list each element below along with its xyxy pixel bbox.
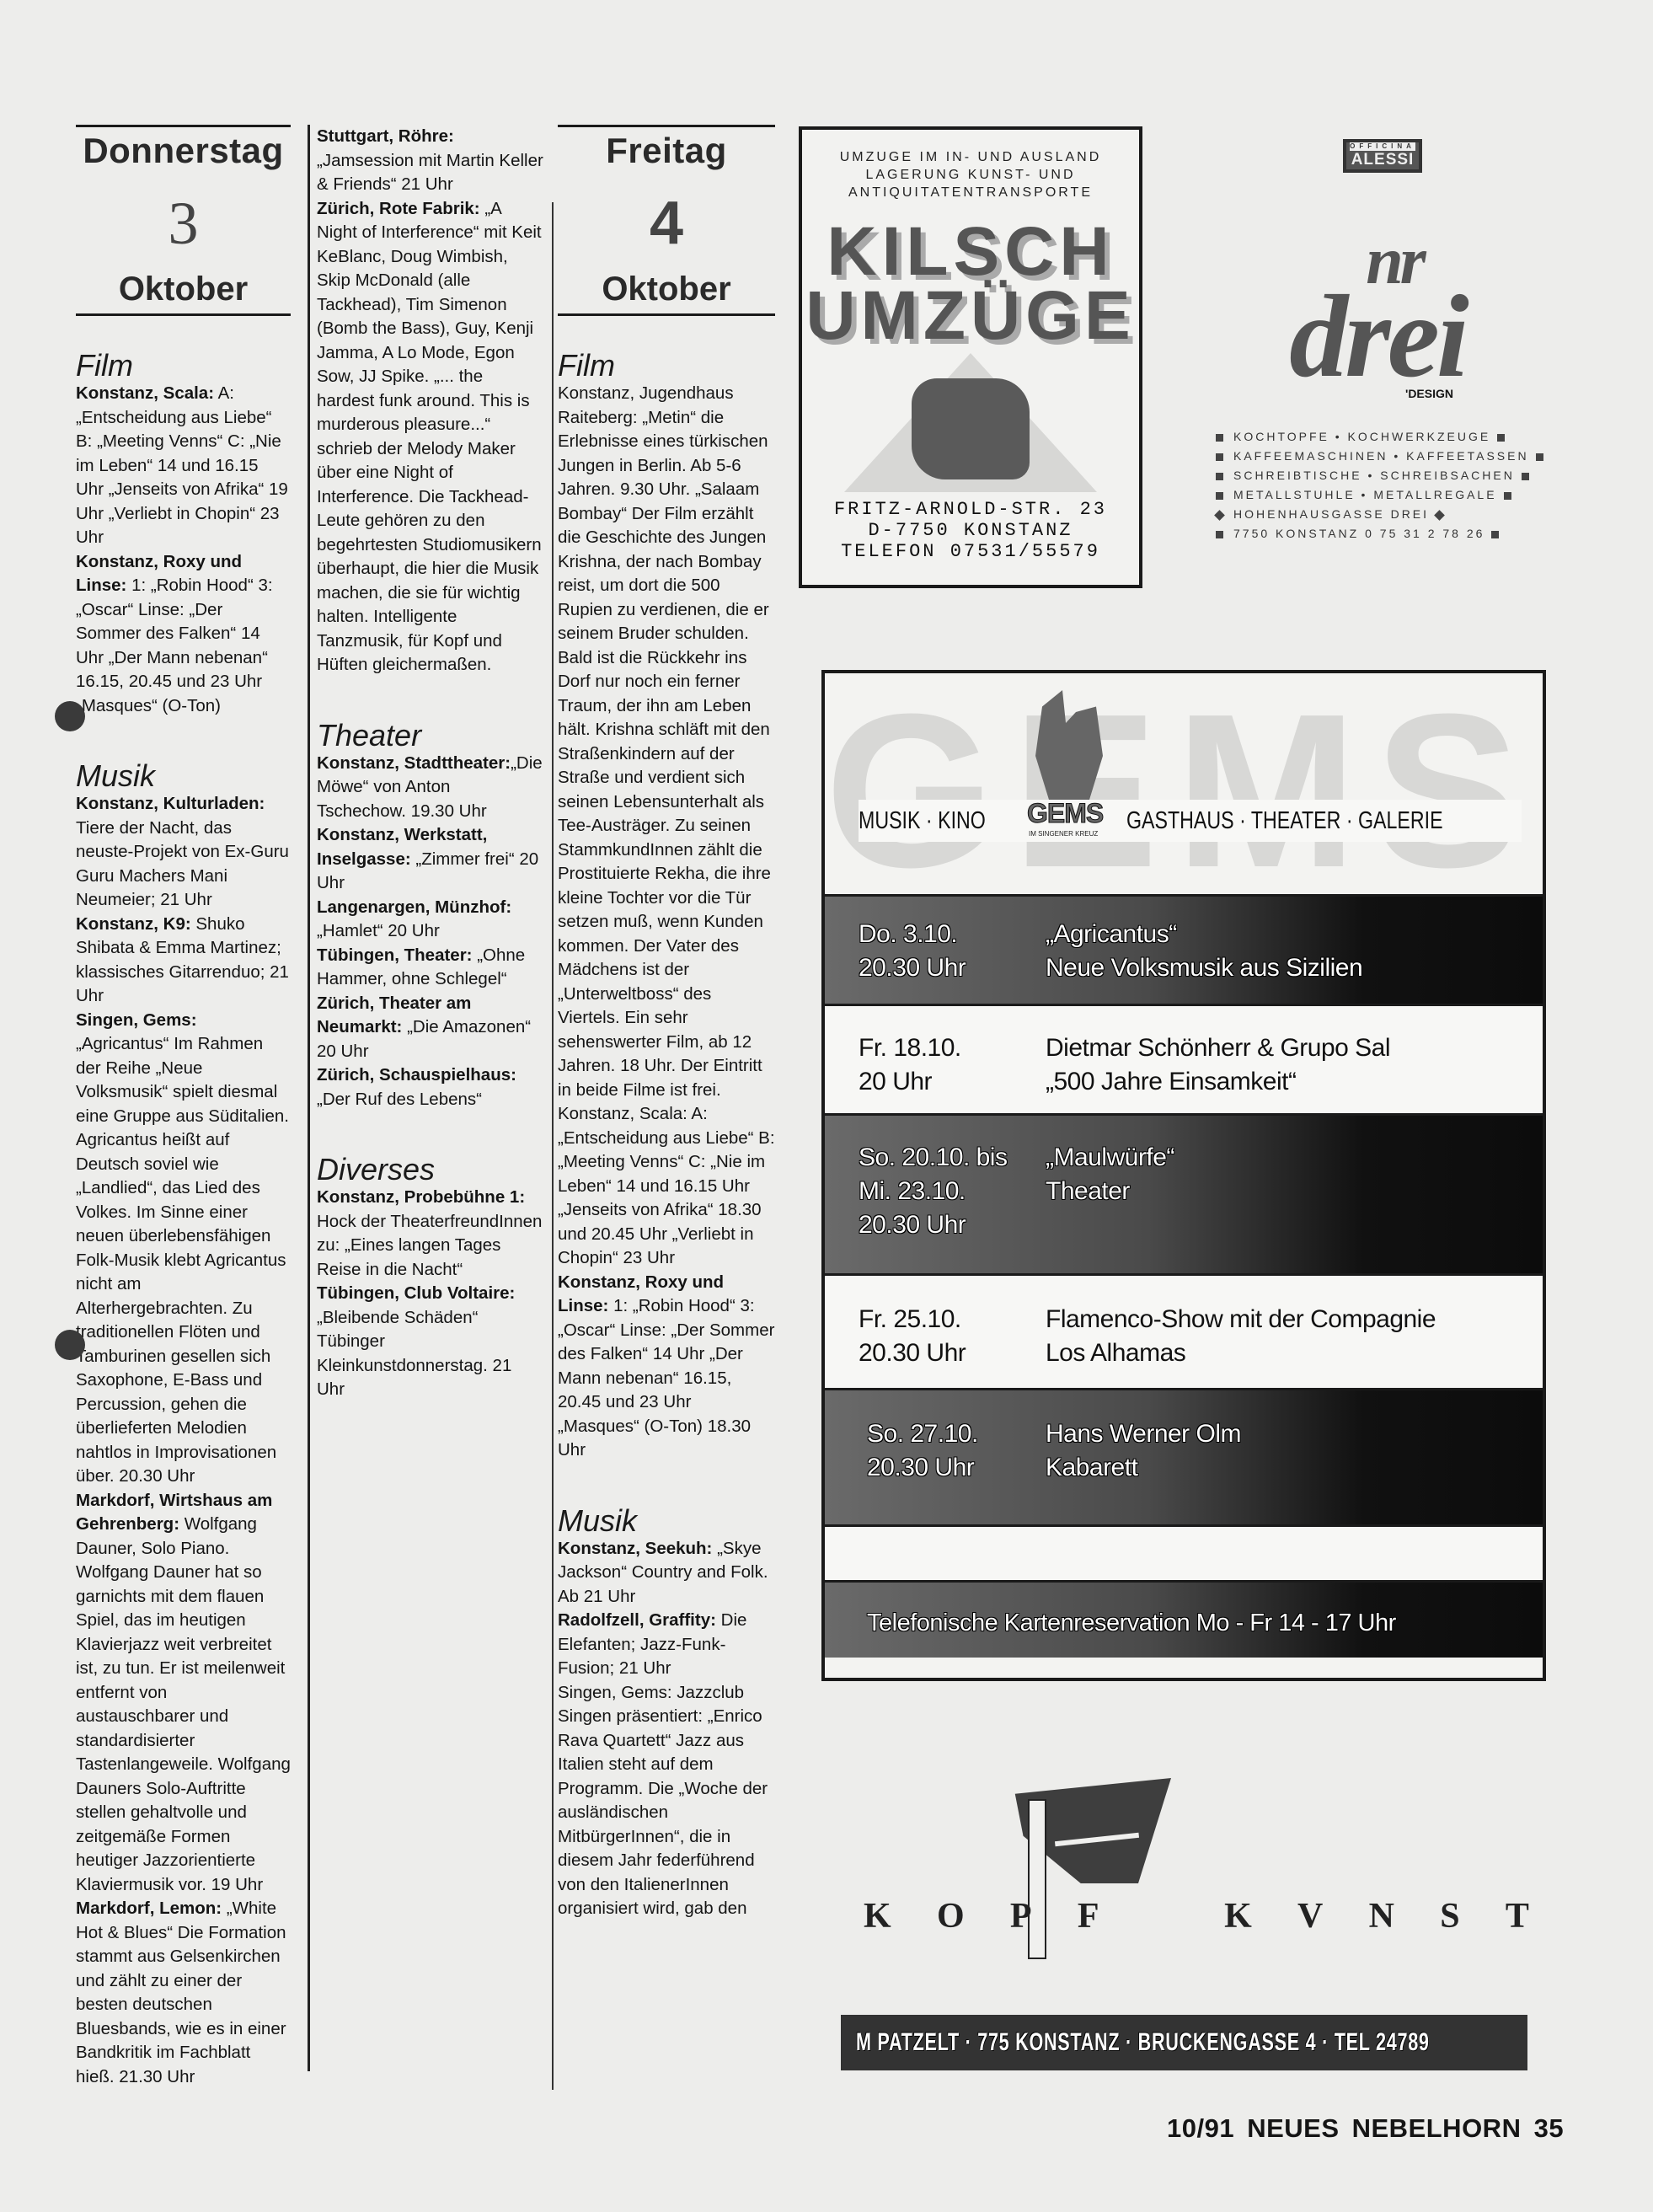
listing-entry: Konstanz, Jugendhaus Raiteberg: „Metin“ … xyxy=(558,382,775,1271)
thursday-date-header: Donnerstag 3 Oktober xyxy=(76,125,291,316)
square-bullet-icon xyxy=(1216,453,1223,461)
listing-entry: Konstanz, Roxy und Linse: 1: „Robin Hood… xyxy=(76,550,291,719)
listing-entry: Konstanz, Stadttheater:„Die Möwe“ von An… xyxy=(317,752,543,824)
venue: Konstanz, Scala: xyxy=(76,383,214,403)
event-date: Fr. 18.10. 20 Uhr xyxy=(859,1031,1046,1113)
alessi-logo: OFFICINA ALESSI xyxy=(1343,139,1422,173)
friday-date-header: Freitag 4 Oktober xyxy=(558,125,775,316)
tagline-line: ANTIQUITATENTRANSPORTE xyxy=(802,184,1139,201)
listing-text: „White Hot & Blues“ Die Formation stammt… xyxy=(76,1899,286,2086)
day-number: 4 xyxy=(558,193,775,254)
listing-entry: Zürich, Theater am Neumarkt: „Die Amazon… xyxy=(317,992,543,1064)
kopf-kunst-ad: K O P F K V N S T M PATZELT · 775 KONSTA… xyxy=(834,1757,1542,2077)
reservation-row: Telefonische Kartenreservation Mo - Fr 1… xyxy=(825,1583,1543,1658)
reservation-text: Telefonische Kartenreservation Mo - Fr 1… xyxy=(867,1606,1396,1658)
listing-entry: Singen, Gems: „Agricantus“ Im Rahmen der… xyxy=(76,1009,291,1489)
gems-background-word: GEMS xyxy=(825,690,1538,892)
truck-icon xyxy=(912,378,1030,479)
empty-row xyxy=(825,1527,1543,1583)
listing-text: A: „Entscheidung aus Liebe“ B: „Meeting … xyxy=(76,383,288,547)
magazine-name: NEUES NEBELHORN xyxy=(1247,2113,1521,2143)
thursday-musik-continued: Stuttgart, Röhre: „Jamsession mit Martin… xyxy=(317,125,543,678)
listing-entry: Konstanz, Probebühne 1: Hock der Theater… xyxy=(317,1186,543,1282)
gems-program-ad: GEMS MUSIK · KINO GASTHAUS · THEATER · G… xyxy=(821,670,1546,1681)
month-name: Oktober xyxy=(558,270,775,308)
wordmark-letter: F xyxy=(1078,1896,1099,1936)
venue: Tübingen, Theater: xyxy=(317,945,473,965)
day-number: 3 xyxy=(76,193,291,254)
listing-entry: Konstanz, Roxy und Linse: 1: „Robin Hood… xyxy=(558,1271,775,1463)
brand-line: UMZÜGE xyxy=(802,284,1139,348)
event-row: So. 20.10. bis Mi. 23.10. 20.30 Uhr „Mau… xyxy=(825,1116,1543,1276)
event-title: Flamenco-Show mit der Compagnie Los Alha… xyxy=(1046,1303,1436,1388)
page-number: 35 xyxy=(1534,2113,1564,2143)
kilsch-umzuege-ad: UMZUGE IM IN- UND AUSLAND LAGERUNG KUNST… xyxy=(799,126,1142,588)
product-item: KAFFEEMASCHINEN • KAFFEETASSEN xyxy=(1216,447,1554,466)
listing-text: Wolfgang Dauner, Solo Piano. Wolfgang Da… xyxy=(76,1514,291,1894)
venue: Zürich, Schauspielhaus: xyxy=(317,1065,516,1085)
nr-drei-design-ad: OFFICINA ALESSI nr drei 'DESIGN KOCHTOPF… xyxy=(1201,139,1554,611)
address-line: D-7750 KONSTANZ xyxy=(802,520,1139,541)
square-bullet-icon xyxy=(1216,492,1223,500)
event-title: Hans Werner Olm Kabarett xyxy=(1046,1417,1241,1524)
friday-column: Freitag 4 Oktober Film Konstanz, Jugendh… xyxy=(558,125,775,1963)
wordmark-letter: K xyxy=(864,1896,891,1936)
listing-text: „A Night of Interference“ mit Keit KeBla… xyxy=(317,199,542,675)
drei-logo: nr drei xyxy=(1201,232,1554,383)
product-text: SCHREIBTISCHE • SCHREIBSACHEN xyxy=(1233,469,1515,482)
listing-entry: Konstanz, Seekuh: „Skye Jackson“ Country… xyxy=(558,1537,775,1609)
event-title: Dietmar Schönherr & Grupo Sal „500 Jahre… xyxy=(1046,1031,1390,1113)
month-name: Oktober xyxy=(76,270,291,308)
listing-text: Tiere der Nacht, das neuste-Projekt von … xyxy=(76,818,289,910)
gems-category-bar: MUSIK · KINO GASTHAUS · THEATER · GALERI… xyxy=(859,800,1522,842)
punch-hole xyxy=(55,1330,85,1360)
venue: Konstanz, Probebühne 1: xyxy=(317,1187,525,1207)
wordmark-letter: O xyxy=(937,1896,965,1936)
column-divider xyxy=(552,202,554,2090)
thursday-continued-column: Stuttgart, Röhre: „Jamsession mit Martin… xyxy=(308,125,543,2071)
section-title: Film xyxy=(76,350,291,382)
listing-entry: Konstanz, K9: Shuko Shibata & Emma Marti… xyxy=(76,913,291,1009)
wordmark-gap xyxy=(1145,1896,1179,1936)
listing-text: „Jamsession mit Martin Keller & Friends“… xyxy=(317,151,543,195)
listing-entry: Zürich, Schauspielhaus: „Der Ruf des Leb… xyxy=(317,1063,543,1111)
diamond-bullet-icon xyxy=(1434,510,1445,521)
ad-brand-name: KILSCH UMZÜGE xyxy=(802,220,1139,348)
logo-subtitle: IM SINGENER KREUZ xyxy=(1029,830,1098,838)
section-title: Diverses xyxy=(317,1154,543,1186)
gems-logo: GEMS IM SINGENER KREUZ xyxy=(1027,690,1103,838)
gems-header: GEMS MUSIK · KINO GASTHAUS · THEATER · G… xyxy=(825,673,1543,897)
event-title: „Agricantus“ Neue Volksmusik aus Sizilie… xyxy=(1046,918,1362,1004)
listing-text: Hock der TheaterfreundInnen zu: „Eines l… xyxy=(317,1212,542,1279)
wordmark-letter: S xyxy=(1440,1896,1459,1936)
day-name: Freitag xyxy=(558,131,775,171)
address-text: M PATZELT · 775 KONSTANZ · BRUCKENGASSE … xyxy=(856,2015,1430,2070)
listing-text: „Agricantus“ Im Rahmen der Reihe „Neue V… xyxy=(76,1034,289,1486)
square-bullet-icon xyxy=(1216,531,1223,538)
thursday-musik-section: Musik Konstanz, Kulturladen: Tiere der N… xyxy=(76,760,291,2089)
square-bullet-icon xyxy=(1216,473,1223,480)
contact-text: 7750 KONSTANZ 0 75 31 2 78 26 xyxy=(1233,527,1484,540)
listing-entry: Stuttgart, Röhre: „Jamsession mit Martin… xyxy=(317,125,543,197)
tagline-line: UMZUGE IM IN- UND AUSLAND xyxy=(802,148,1139,166)
left-categories: MUSIK · KINO xyxy=(859,807,980,835)
product-text: KAFFEEMASCHINEN • KAFFEETASSEN xyxy=(1233,449,1529,463)
venue: Konstanz, Kulturladen: xyxy=(76,794,265,813)
truck-triangle-icon xyxy=(844,353,1097,492)
square-bullet-icon xyxy=(1216,434,1223,442)
listing-entry: Konstanz, Kulturladen: Tiere der Nacht, … xyxy=(76,792,291,913)
square-bullet-icon xyxy=(1522,473,1529,480)
wordmark-letter: P xyxy=(1010,1896,1032,1936)
listing-text: Singen, Gems: Jazzclub Singen präsentier… xyxy=(558,1683,768,1919)
venue: Konstanz, K9: xyxy=(76,914,191,934)
diamond-bullet-icon xyxy=(1214,510,1225,521)
kopf-kunst-address-bar: M PATZELT · 775 KONSTANZ · BRUCKENGASSE … xyxy=(841,2015,1527,2070)
product-list: KOCHTOPFE • KOCHWERKZEUGE KAFFEEMASCHINE… xyxy=(1201,427,1554,544)
event-row: So. 27.10. 20.30 Uhr Hans Werner Olm Kab… xyxy=(825,1390,1543,1527)
listing-entry-continued: Markdorf, Lemon: „White Hot & Blues“ Die… xyxy=(76,1897,291,2089)
logo-main: drei xyxy=(1289,271,1466,402)
listing-entry: Tübingen, Theater: „Ohne Hammer, ohne Sc… xyxy=(317,944,543,992)
address-line: FRITZ-ARNOLD-STR. 23 xyxy=(802,499,1139,520)
listing-text: „Bleibende Schäden“ Tübinger Kleinkunstd… xyxy=(317,1308,511,1400)
square-bullet-icon xyxy=(1536,453,1543,461)
listing-text: 1: „Robin Hood“ 3: „Oscar“ Linse: „Der S… xyxy=(558,1296,774,1459)
wordmark-letter: T xyxy=(1506,1896,1529,1936)
venue: Konstanz, Stadttheater: xyxy=(317,753,511,773)
chamois-figure-icon xyxy=(1035,690,1103,800)
listing-entry: Konstanz, Werkstatt, Inselgasse: „Zimmer… xyxy=(317,823,543,896)
thursday-theater-section: Theater Konstanz, Stadttheater:„Die Möwe… xyxy=(317,720,543,1112)
venue: Markdorf, Lemon: xyxy=(76,1899,222,1918)
thursday-film-section: Film Konstanz, Scala: A: „Entscheidung a… xyxy=(76,350,291,718)
wordmark-letter: N xyxy=(1369,1896,1394,1936)
brand-line: KILSCH xyxy=(802,220,1139,284)
right-categories: GASTHAUS · THEATER · GALERIE xyxy=(1126,807,1443,835)
address-text: HOHENHAUSGASSE DREI xyxy=(1233,507,1429,521)
wordmark-letter: V xyxy=(1297,1896,1323,1936)
event-date: So. 27.10. 20.30 Uhr xyxy=(867,1417,1046,1524)
listing-text: „Hamlet“ 20 Uhr xyxy=(317,921,440,940)
product-item: METALLSTUHLE • METALLREGALE xyxy=(1216,485,1554,505)
logo-word: GEMS xyxy=(1027,798,1103,829)
section-title: Musik xyxy=(558,1505,775,1537)
square-bullet-icon xyxy=(1497,434,1505,442)
listing-entry: Radolfzell, Graffity: Die Elefanten; Jaz… xyxy=(558,1609,775,1681)
event-date: Fr. 25.10. 20.30 Uhr xyxy=(859,1303,1046,1388)
venue: Tübingen, Club Voltaire: xyxy=(317,1283,515,1303)
friday-film-section: Film Konstanz, Jugendhaus Raiteberg: „Me… xyxy=(558,350,775,1463)
listing-entry: Markdorf, Wirtshaus am Gehrenberg: Wolfg… xyxy=(76,1489,291,1898)
venue: Konstanz, Seekuh: xyxy=(558,1539,712,1558)
section-title: Film xyxy=(558,350,775,382)
contact-item: 7750 KONSTANZ 0 75 31 2 78 26 xyxy=(1216,524,1554,544)
listing-entry: Zürich, Rote Fabrik: „A Night of Interfe… xyxy=(317,197,543,678)
thursday-diverses-section: Diverses Konstanz, Probebühne 1: Hock de… xyxy=(317,1154,543,1402)
product-text: METALLSTUHLE • METALLREGALE xyxy=(1233,488,1497,501)
alessi-top-text: OFFICINA xyxy=(1350,142,1415,151)
event-date: So. 20.10. bis Mi. 23.10. 20.30 Uhr xyxy=(859,1141,1046,1273)
venue: Langenargen, Münzhof: xyxy=(317,897,511,917)
venue: Singen, Gems: xyxy=(76,1010,197,1030)
section-title: Theater xyxy=(317,720,543,752)
product-item: SCHREIBTISCHE • SCHREIBSACHEN xyxy=(1216,466,1554,485)
product-text: KOCHTOPFE • KOCHWERKZEUGE xyxy=(1233,430,1490,443)
venue: Stuttgart, Röhre: xyxy=(317,126,454,146)
address-line: TELEFON 07531/55579 xyxy=(802,541,1139,562)
punch-hole xyxy=(55,701,85,731)
event-row: Fr. 25.10. 20.30 Uhr Flamenco-Show mit d… xyxy=(825,1276,1543,1390)
address-item: HOHENHAUSGASSE DREI xyxy=(1216,505,1554,524)
section-title: Musik xyxy=(76,760,291,792)
listing-entry: Langenargen, Münzhof: „Hamlet“ 20 Uhr xyxy=(317,896,543,944)
venue: Radolfzell, Graffity: xyxy=(558,1610,716,1630)
page-footer: 10/91 NEUES NEBELHORN 35 xyxy=(1167,2113,1564,2144)
listing-entry: Tübingen, Club Voltaire: „Bleibende Schä… xyxy=(317,1282,543,1402)
ad-address: FRITZ-ARNOLD-STR. 23 D-7750 KONSTANZ TEL… xyxy=(802,499,1139,562)
kopf-kunst-wordmark: K O P F K V N S T xyxy=(864,1896,1529,1936)
day-name: Donnerstag xyxy=(76,131,291,171)
issue-number: 10/91 xyxy=(1167,2113,1234,2143)
product-item: KOCHTOPFE • KOCHWERKZEUGE xyxy=(1216,427,1554,447)
event-row: Do. 3.10. 20.30 Uhr „Agricantus“ Neue Vo… xyxy=(825,897,1543,1006)
listing-entry: Singen, Gems: Jazzclub Singen präsentier… xyxy=(558,1681,775,1921)
listing-text: 1: „Robin Hood“ 3: „Oscar“ Linse: „Der S… xyxy=(76,576,273,715)
venue: Zürich, Rote Fabrik: xyxy=(317,199,480,218)
alessi-main-text: ALESSI xyxy=(1350,151,1415,169)
square-bullet-icon xyxy=(1491,531,1499,538)
ad-tagline: UMZUGE IM IN- UND AUSLAND LAGERUNG KUNST… xyxy=(802,148,1139,201)
listing-text: „Der Ruf des Lebens“ xyxy=(317,1090,482,1109)
event-row: Fr. 18.10. 20 Uhr Dietmar Schönherr & Gr… xyxy=(825,1006,1543,1116)
friday-musik-section: Musik Konstanz, Seekuh: „Skye Jackson“ C… xyxy=(558,1505,775,1921)
thursday-column: Donnerstag 3 Oktober Film Konstanz, Scal… xyxy=(76,125,291,2131)
wordmark-letter: K xyxy=(1224,1896,1252,1936)
listing-text: „Metin“ die Erlebnisse eines türkischen … xyxy=(558,408,775,1268)
square-bullet-icon xyxy=(1504,492,1511,500)
listing-entry: Konstanz, Scala: A: „Entscheidung aus Li… xyxy=(76,382,291,550)
event-date: Do. 3.10. 20.30 Uhr xyxy=(859,918,1046,1004)
event-title: „Maulwürfe“ Theater xyxy=(1046,1141,1174,1273)
tagline-line: LAGERUNG KUNST- UND xyxy=(802,166,1139,184)
